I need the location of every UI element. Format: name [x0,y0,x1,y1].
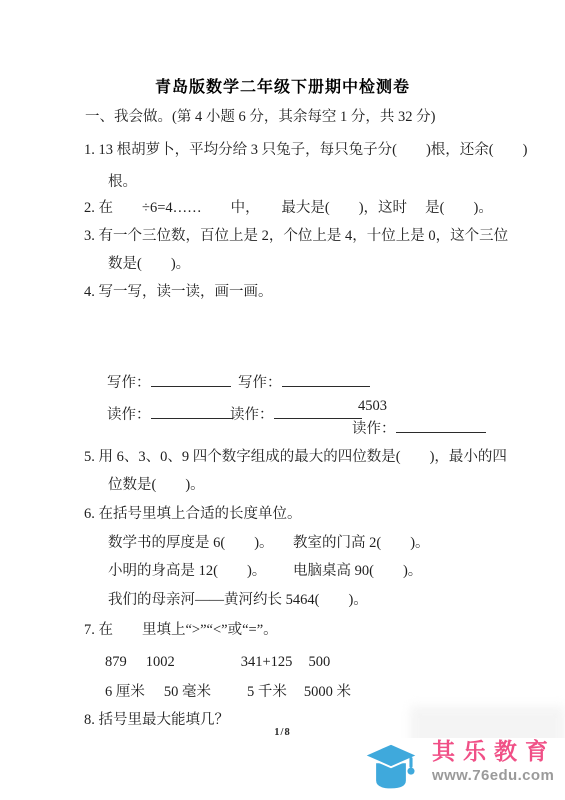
question-6-item-3: 小明的身高是 12( )。 [108,562,266,580]
read-as-label-2: 读作： [230,404,362,424]
question-3-line-2: 数是( )。 [108,255,190,273]
number-4503: 4503 [358,397,387,415]
site-logo: 其乐教育 www.76edu.com [362,738,565,800]
question-5-line-2: 位数是( )。 [108,476,205,494]
question-7-compare-row-2: 6 厘米50 毫米5 千米5000 米 [105,683,351,701]
answer-line [396,418,486,433]
read-as-label-3: 读作： [352,418,486,438]
question-6-line: 6. 在括号里填上合适的长度单位。 [84,505,302,523]
answer-line [151,404,233,419]
exam-paper-page: 青岛版数学二年级下册期中检测卷 一、我会做。(第 4 小题 6 分，其余每空 1… [0,0,565,800]
question-7-line: 7. 在 里填上“>”“<”或“=”。 [84,621,278,639]
answer-line [274,404,362,419]
question-6-item-5: 我们的母亲河——黄河约长 5464( )。 [108,591,368,609]
logo-text: 其乐教育 www.76edu.com [432,738,556,784]
question-1-line-1: 1. 13 根胡萝卜，平均分给 3 只兔子，每只兔子分( )根，还余( ) [84,141,527,159]
write-as-label-1: 写作： [107,372,231,392]
answer-line [151,372,231,387]
question-2-line: 2. 在 ÷6=4…… 中， 最大是( )，这时 是( )。 [84,199,493,217]
question-6-item-2: 教室的门高 2( )。 [293,534,430,552]
question-1-line-2: 根。 [108,173,137,191]
question-3-line-1: 3. 有一个三位数，百位上是 2，个位上是 4，十位上是 0，这个三位 [84,227,508,245]
read-as-label-1: 读作： [107,404,233,424]
question-6-item-4: 电脑桌高 90( )。 [293,562,422,580]
page-title: 青岛版数学二年级下册期中检测卷 [0,74,565,97]
question-4-line: 4. 写一写，读一读，画一画。 [84,283,273,301]
brand-name: 其乐教育 [432,738,556,764]
answer-line [282,372,370,387]
question-7-compare-row-1: 8791002341+125500 [105,653,330,671]
graduation-cap-icon [362,741,420,795]
write-as-label-2: 写作： [238,372,370,392]
question-6-item-1: 数学书的厚度是 6( )。 [108,534,274,552]
question-5-line-1: 5. 用 6、3、0、9 四个数字组成的最大的四位数是( )，最小的四 [84,448,507,466]
section-one-heading: 一、我会做。(第 4 小题 6 分，其余每空 1 分，共 32 分) [85,108,435,126]
brand-url: www.76edu.com [432,767,556,784]
